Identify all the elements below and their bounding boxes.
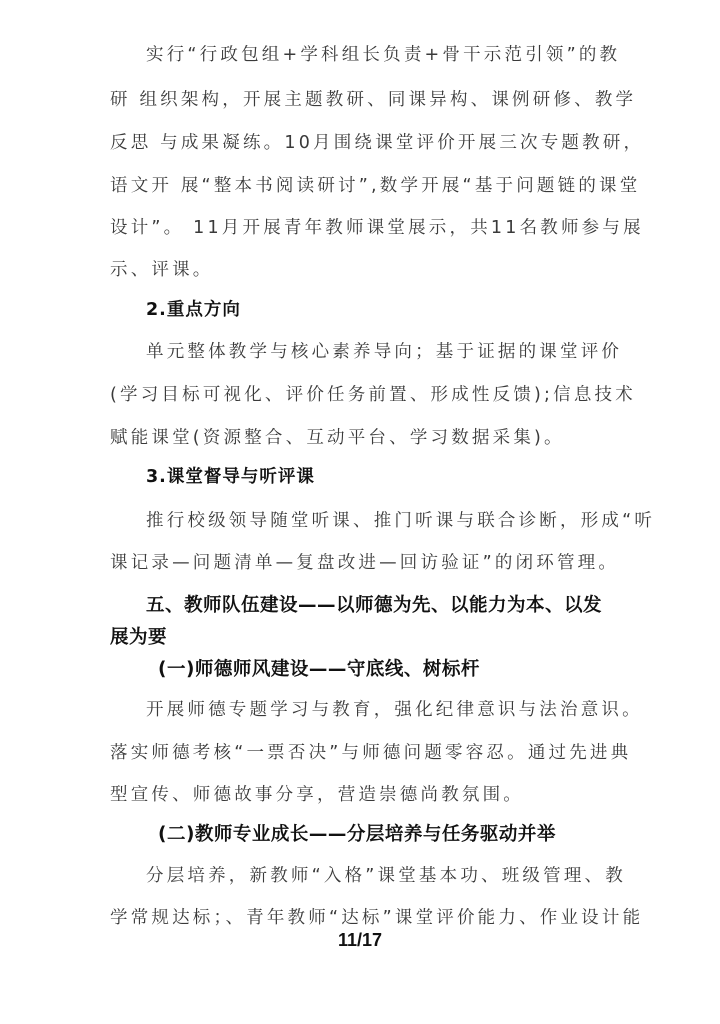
paragraph-line: 落实师德考核“一票否决”与师德问题零容忍。通过先进典	[110, 741, 610, 765]
paragraph-line: 推行校级领导随堂听课、推门听课与联合诊断，形成“听	[146, 509, 646, 533]
paragraph-line: 示、评课。	[110, 258, 610, 282]
paragraph-line: 研 组织架构，开展主题教研、同课异构、课例研修、教学	[110, 88, 610, 112]
chapter-heading: 五、教师队伍建设——以师德为先、以能力为本、以发	[146, 594, 646, 618]
paragraph-line: (学习目标可视化、评价任务前置、形成性反馈);信息技术	[110, 383, 610, 407]
page-number: 11/17	[0, 930, 720, 951]
chapter-heading: 展为要	[110, 626, 610, 650]
paragraph-line: 语文开 展“整本书阅读研讨”,数学开展“基于问题链的课堂	[110, 174, 610, 198]
paragraph-line: 开展师德专题学习与教育，强化纪律意识与法治意识。	[146, 698, 646, 722]
subsection-heading: (二)教师专业成长——分层培养与任务驱动并举	[158, 823, 658, 847]
section-heading: 2.重点方向	[146, 298, 646, 322]
subsection-heading: (一)师德师风建设——守底线、树标杆	[158, 658, 658, 682]
paragraph-line: 分层培养，新教师“入格”课堂基本功、班级管理、教	[146, 864, 646, 888]
paragraph-line: 型宣传、师德故事分享，营造崇德尚教氛围。	[110, 783, 610, 807]
paragraph-line: 课记录—问题清单—复盘改进—回访验证”的闭环管理。	[110, 551, 610, 575]
paragraph-line: 反思 与成果凝练。10月围绕课堂评价开展三次专题教研，	[110, 131, 610, 155]
document-page: 实行“行政包组+学科组长负责+骨干示范引领”的教 研 组织架构，开展主题教研、同…	[0, 0, 720, 1024]
paragraph-line: 赋能课堂(资源整合、互动平台、学习数据采集)。	[110, 426, 610, 450]
paragraph-line: 学常规达标；、青年教师“达标”课堂评价能力、作业设计能	[110, 906, 610, 930]
paragraph-line: 实行“行政包组+学科组长负责+骨干示范引领”的教	[146, 43, 646, 67]
paragraph-line: 设计”。 11月开展青年教师课堂展示，共11名教师参与展	[110, 216, 610, 240]
section-heading: 3.课堂督导与听评课	[146, 465, 646, 489]
paragraph-line: 单元整体教学与核心素养导向；基于证据的课堂评价	[146, 340, 646, 364]
